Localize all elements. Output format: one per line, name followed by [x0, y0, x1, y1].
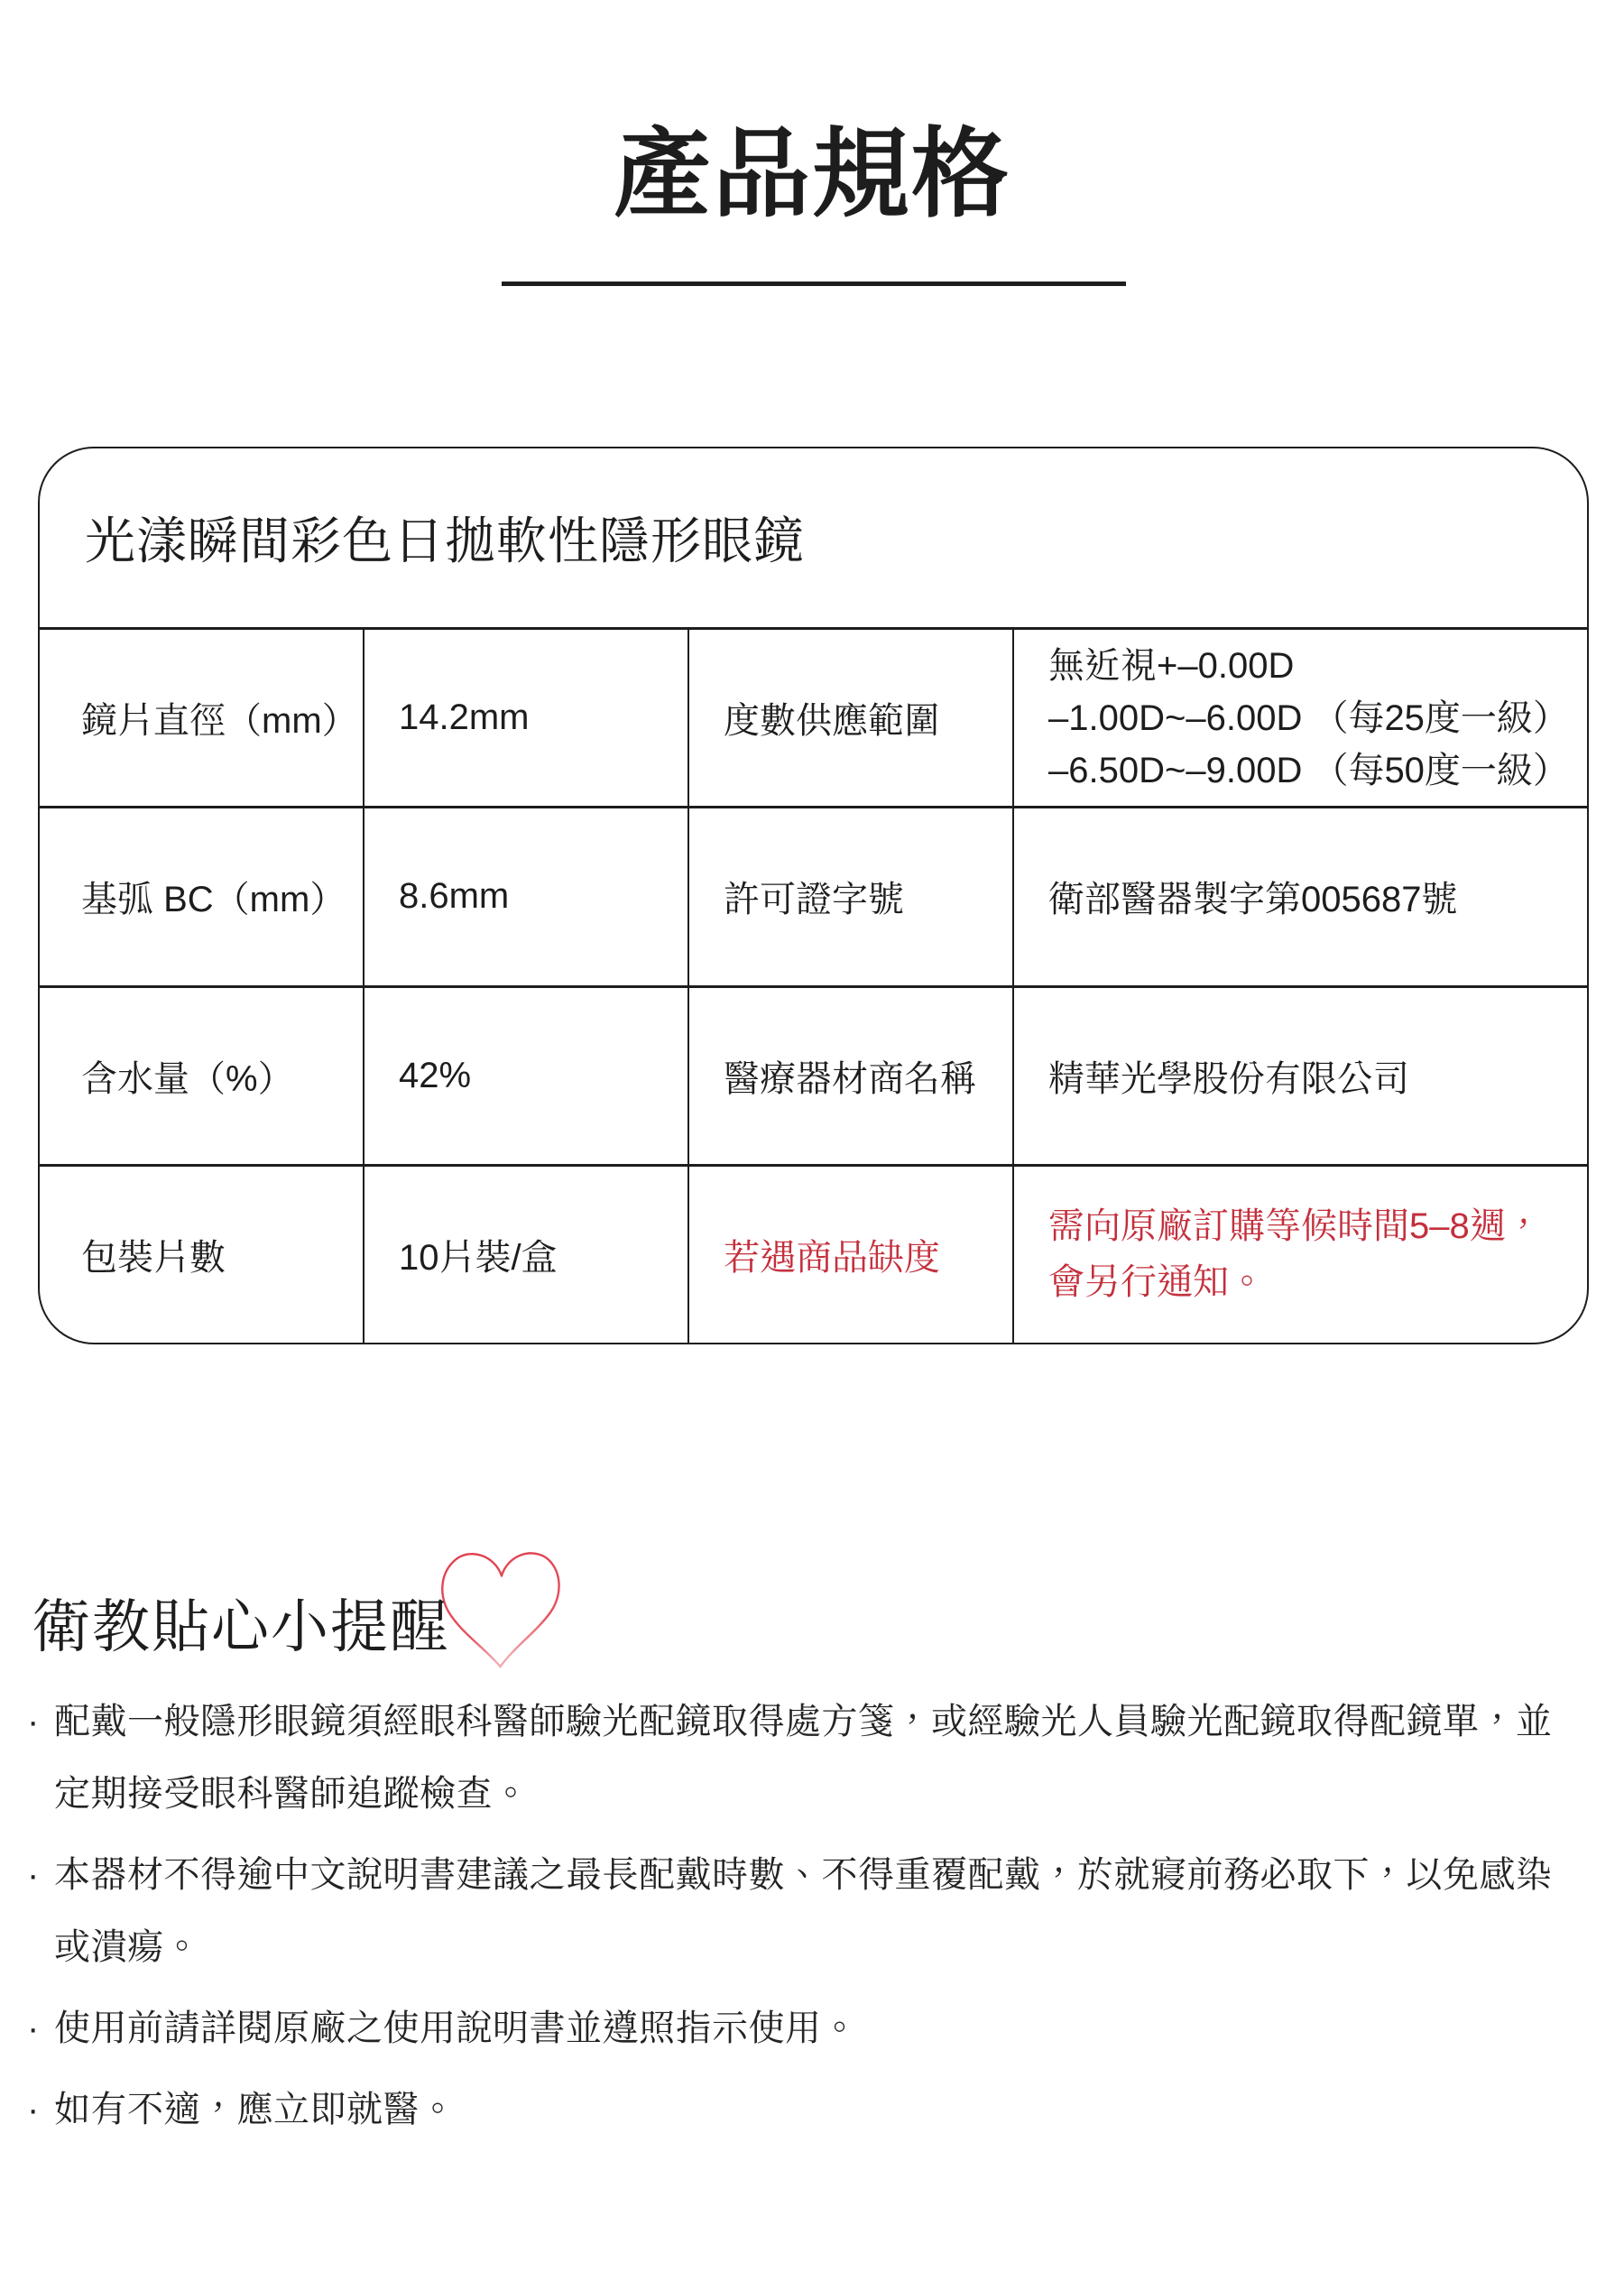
- spec-value-water-content: 42%: [363, 988, 687, 1164]
- spec-label-license-number: 許可證字號: [687, 808, 1012, 984]
- power-range-line: 無近視+–0.00D: [1048, 640, 1569, 692]
- spec-label-device-company: 醫療器材商名稱: [687, 988, 1012, 1164]
- care-bullet-list: · 配戴一般隱形眼鏡須經眼科醫師驗光配鏡取得處方箋，或經驗光人員驗光配鏡取得配鏡…: [27, 1686, 1597, 2155]
- spec-label-lens-diameter: 鏡片直徑（mm）: [40, 630, 363, 806]
- table-row: 鏡片直徑（mm） 14.2mm 度數供應範圍 無近視+–0.00D –1.00D…: [40, 627, 1587, 806]
- spec-value-license-number: 衛部醫器製字第005687號: [1012, 808, 1587, 984]
- care-bullet-text: 配戴一般隱形眼鏡須經眼科醫師驗光配鏡取得處方箋，或經驗光人員驗光配鏡取得配鏡單，…: [54, 1686, 1579, 1830]
- bullet-dot: ·: [27, 1839, 40, 1911]
- table-row: 包裝片數 10片裝/盒 若遇商品缺度 需向原廠訂購等候時間5–8週， 會另行通知…: [40, 1164, 1587, 1343]
- bullet-dot: ·: [27, 1686, 40, 1758]
- list-item: · 配戴一般隱形眼鏡須經眼科醫師驗光配鏡取得處方箋，或經驗光人員驗光配鏡取得配鏡…: [27, 1686, 1597, 1830]
- care-section-title: 衛教貼心小提醒: [32, 1581, 449, 1664]
- heart-icon: [433, 1539, 570, 1675]
- out-of-stock-line: 會另行通知。: [1048, 1254, 1542, 1310]
- spec-value-power-range: 無近視+–0.00D –1.00D~–6.00D （每25度一級） –6.50D…: [1012, 630, 1587, 806]
- bullet-dot: ·: [27, 1992, 40, 2064]
- out-of-stock-line: 需向原廠訂購等候時間5–8週，: [1048, 1198, 1542, 1254]
- power-range-line: –1.00D~–6.00D （每25度一級）: [1048, 692, 1569, 744]
- spec-label-pieces-per-box: 包裝片數: [40, 1167, 363, 1343]
- spec-value-pieces-per-box: 10片裝/盒: [363, 1167, 687, 1343]
- spec-value-device-company: 精華光學股份有限公司: [1012, 988, 1587, 1164]
- spec-label-out-of-stock-notice: 若遇商品缺度: [687, 1167, 1012, 1343]
- spec-label-water-content: 含水量（%）: [40, 988, 363, 1164]
- product-spec-page: 產品規格 光漾瞬間彩色日拋軟性隱形眼鏡 鏡片直徑（mm） 14.2mm 度數供應…: [0, 0, 1624, 2272]
- list-item: · 本器材不得逾中文說明書建議之最長配戴時數、不得重覆配戴，於就寢前務必取下，以…: [27, 1839, 1597, 1983]
- spec-label-power-range: 度數供應範圍: [687, 630, 1012, 806]
- table-row: 基弧 BC（mm） 8.6mm 許可證字號 衛部醫器製字第005687號: [40, 806, 1587, 984]
- table-row: 含水量（%） 42% 醫療器材商名稱 精華光學股份有限公司: [40, 985, 1587, 1164]
- spec-value-out-of-stock-notice: 需向原廠訂購等候時間5–8週， 會另行通知。: [1012, 1167, 1587, 1343]
- title-underline: [502, 282, 1126, 286]
- spec-value-lens-diameter: 14.2mm: [363, 630, 687, 806]
- list-item: · 如有不適，應立即就醫。: [27, 2073, 1597, 2146]
- spec-table-product-name: 光漾瞬間彩色日拋軟性隱形眼鏡: [40, 448, 1587, 627]
- power-range-line: –6.50D~–9.00D （每50度一級）: [1048, 744, 1569, 797]
- list-item: · 使用前請詳閱原廠之使用說明書並遵照指示使用。: [27, 1992, 1597, 2064]
- page-title: 產品規格: [0, 115, 1624, 233]
- bullet-dot: ·: [27, 2073, 40, 2146]
- spec-value-base-curve: 8.6mm: [363, 808, 687, 984]
- care-bullet-text: 如有不適，應立即就醫。: [54, 2073, 1579, 2146]
- spec-table: 光漾瞬間彩色日拋軟性隱形眼鏡 鏡片直徑（mm） 14.2mm 度數供應範圍 無近…: [38, 447, 1589, 1344]
- spec-label-base-curve: 基弧 BC（mm）: [40, 808, 363, 984]
- care-bullet-text: 本器材不得逾中文說明書建議之最長配戴時數、不得重覆配戴，於就寢前務必取下，以免感…: [54, 1839, 1579, 1983]
- care-bullet-text: 使用前請詳閱原廠之使用說明書並遵照指示使用。: [54, 1992, 1579, 2064]
